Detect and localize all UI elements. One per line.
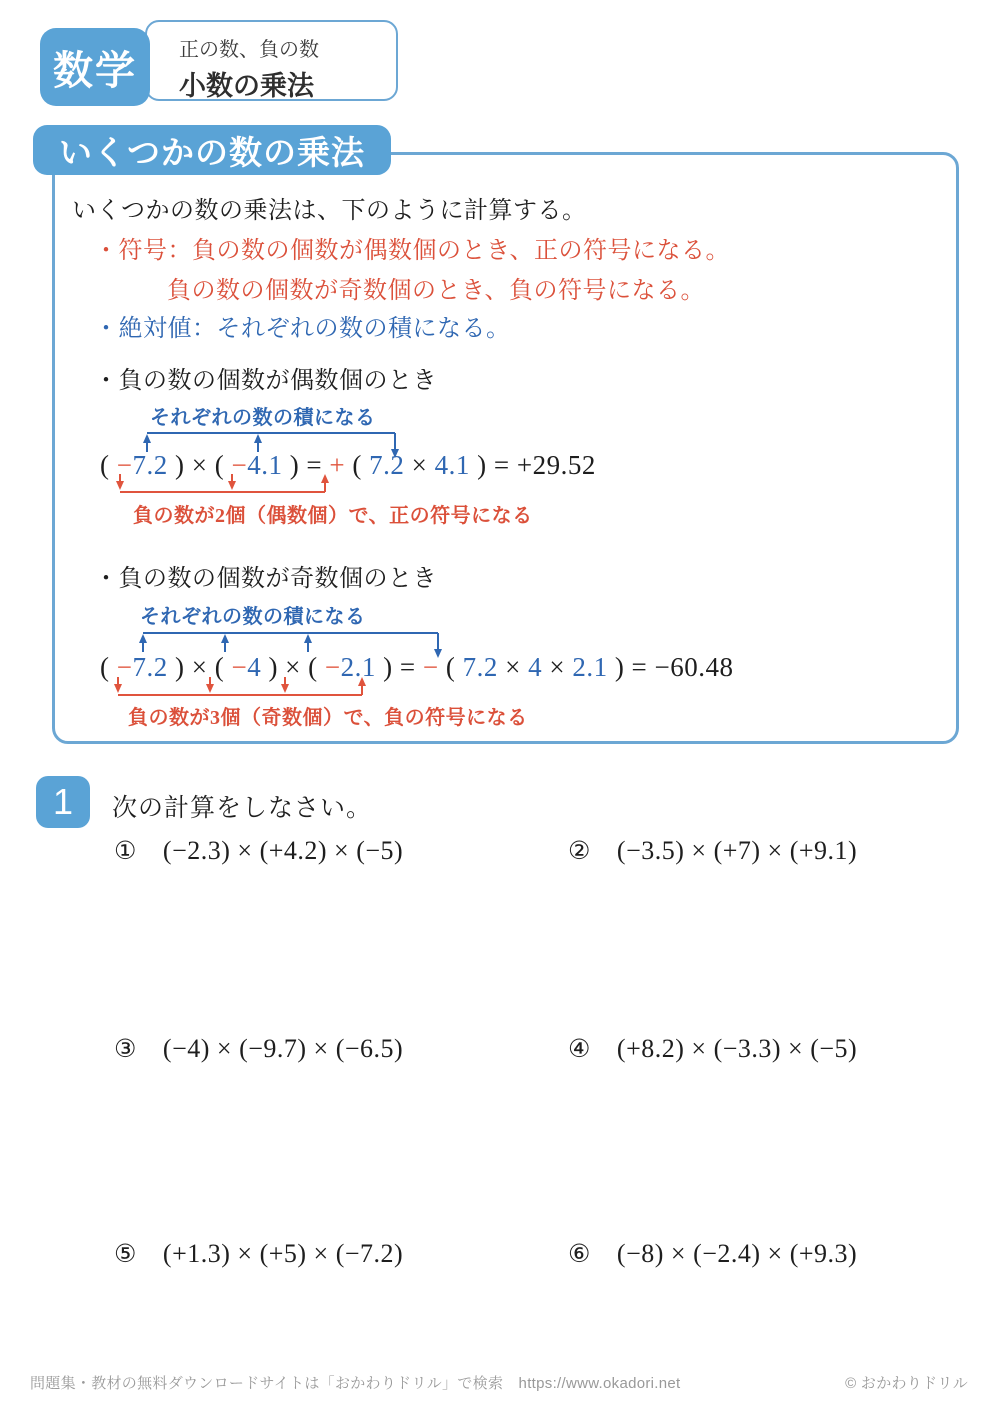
rule-sign-odd: 負の数の個数が奇数個のとき、負の符号になる。 [167, 270, 705, 305]
problem-number: ④ [568, 1034, 591, 1063]
concept-title-label: いくつかの数の乗法 [59, 127, 365, 174]
problem-number: ① [114, 836, 137, 865]
rule-absolute-value: ・絶対値：それぞれの数の積になる。 [94, 308, 511, 343]
example-even-sign-note: 負の数が2個（偶数個）で、正の符号になる [133, 499, 533, 528]
worksheet-page: 数学 正の数、負の数 小数の乗法 いくつかの数の乗法 いくつかの数の乗法は、下の… [0, 0, 1000, 1415]
concept-intro: いくつかの数の乗法は、下のように計算する。 [72, 190, 587, 225]
problem-expression: (−4) × (−9.7) × (−6.5) [163, 1034, 403, 1063]
problem-item-2: ②(−3.5) × (+7) × (+9.1) [568, 836, 857, 866]
problem-expression: (−2.3) × (+4.2) × (−5) [163, 836, 403, 865]
topic-box: 正の数、負の数 小数の乗法 [145, 20, 398, 101]
example-even-heading: ・負の数の個数が偶数個のとき [94, 360, 437, 395]
example-odd-heading: ・負の数の個数が奇数個のとき [94, 558, 437, 593]
problem-number: ⑥ [568, 1239, 591, 1268]
subject-label: 数学 [53, 39, 137, 96]
question-number: 1 [53, 781, 73, 823]
question-number-badge: 1 [36, 776, 90, 828]
topic-title: 小数の乗法 [179, 64, 396, 103]
problem-expression: (−3.5) × (+7) × (+9.1) [617, 836, 857, 865]
problem-item-3: ③(−4) × (−9.7) × (−6.5) [114, 1034, 403, 1064]
rule-sign-even: ・符号：負の数の個数が偶数個のとき、正の符号になる。 [94, 230, 730, 265]
subject-badge: 数学 [40, 28, 150, 106]
example-odd-sign-note: 負の数が3個（奇数個）で、負の符号になる [128, 701, 528, 730]
problem-item-4: ④(+8.2) × (−3.3) × (−5) [568, 1034, 857, 1064]
problem-number: ③ [114, 1034, 137, 1063]
problem-item-6: ⑥(−8) × (−2.4) × (+9.3) [568, 1239, 857, 1269]
problem-expression: (−8) × (−2.4) × (+9.3) [617, 1239, 857, 1268]
problem-expression: (+8.2) × (−3.3) × (−5) [617, 1034, 857, 1063]
problem-number: ② [568, 836, 591, 865]
problem-item-5: ⑤(+1.3) × (+5) × (−7.2) [114, 1239, 403, 1269]
question-instruction: 次の計算をしなさい。 [112, 788, 372, 824]
concept-title-badge: いくつかの数の乗法 [33, 125, 391, 175]
problem-item-1: ①(−2.3) × (+4.2) × (−5) [114, 836, 403, 866]
problem-expression: (+1.3) × (+5) × (−7.2) [163, 1239, 403, 1268]
problem-number: ⑤ [114, 1239, 137, 1268]
footer-site-info: 問題集・教材の無料ダウンロードサイトは「おかわりドリル」で検索 https://… [30, 1372, 681, 1393]
footer-copyright: © おかわりドリル [845, 1372, 968, 1393]
topic-category: 正の数、負の数 [179, 33, 396, 62]
